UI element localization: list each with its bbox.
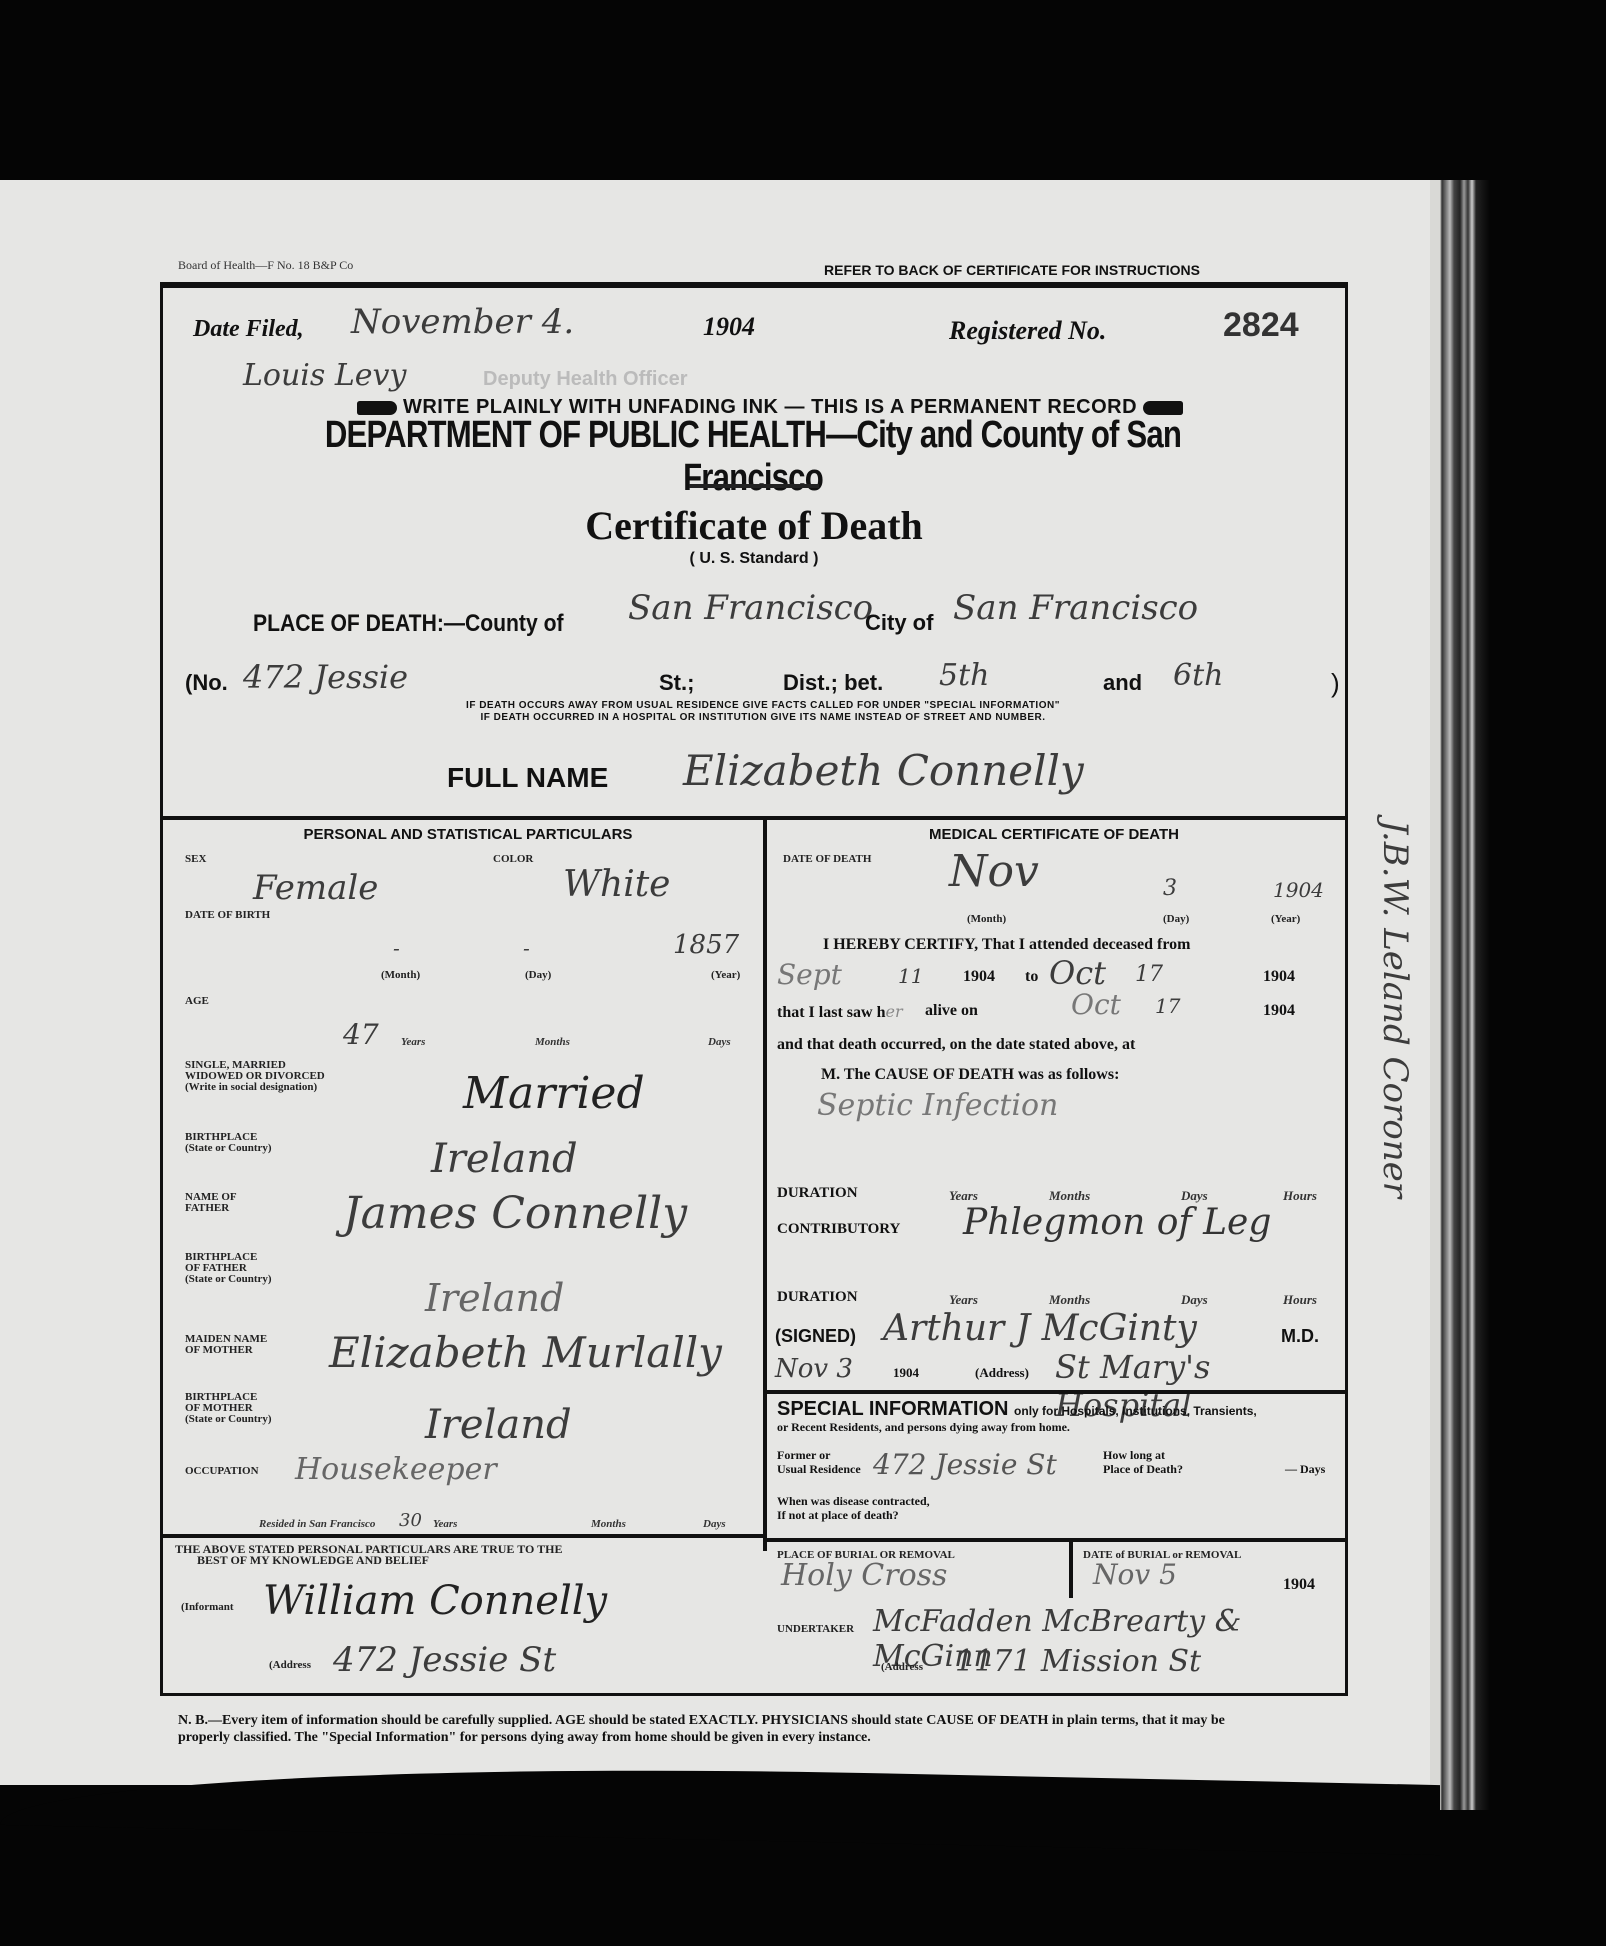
last-saw-month: Oct — [1071, 988, 1121, 1021]
place-of-death-label: PLACE OF DEATH:—County of — [253, 610, 564, 638]
contributory-value: Phlegmon of Leg — [963, 1202, 1271, 1243]
marital-label: SINGLE, MARRIED WIDOWED OR DIVORCED (Wri… — [185, 1060, 325, 1093]
burial-date-value: Nov 5 — [1093, 1558, 1177, 1591]
undertaker-address-label: (Address — [881, 1662, 923, 1673]
informant-name: William Connelly — [263, 1578, 607, 1624]
registered-label: Registered No. — [949, 316, 1106, 346]
attended-to-year: 1904 — [1263, 968, 1295, 986]
duration-days-2: Days — [1181, 1292, 1208, 1308]
column-divider — [763, 816, 767, 1551]
attended-to-month: Oct — [1049, 954, 1106, 992]
duration-years-2: Years — [949, 1292, 978, 1308]
attended-to-day: 17 — [1135, 962, 1163, 987]
how-long-value: — Days — [1285, 1462, 1325, 1476]
title-rule — [689, 484, 819, 488]
death-occurred-text: and that death occurred, on the date sta… — [777, 1036, 1135, 1054]
footnote: N. B.—Every item of information should b… — [178, 1712, 1258, 1746]
duration-label-2: DURATION — [777, 1290, 858, 1304]
informant-address: 472 Jessie St — [333, 1640, 556, 1680]
how-long-days: Days — [1300, 1462, 1325, 1476]
date-filed-value: November 4. — [351, 302, 574, 342]
attended-from-month: Sept — [777, 958, 842, 991]
attended-from-day: 11 — [898, 964, 923, 988]
dod-label: DATE OF DEATH — [783, 854, 871, 865]
county-value: San Francisco — [628, 588, 873, 628]
resided-years: 30 — [399, 1510, 422, 1531]
former-label-line: Former or — [777, 1448, 861, 1462]
dist-label: Dist.; bet. — [783, 670, 883, 696]
hospital-note: IF DEATH OCCURRED IN A HOSPITAL OR INSTI… — [313, 712, 1213, 723]
dob-month: - — [393, 936, 400, 960]
dod-month-caption: (Month) — [967, 914, 1006, 925]
occupation-value: Housekeeper — [295, 1452, 497, 1487]
year-filed: 1904 — [703, 312, 755, 342]
attended-from-year: 1904 — [963, 968, 995, 986]
informant-divider — [163, 1534, 763, 1538]
age-label: AGE — [185, 996, 209, 1007]
resided-days-caption: Days — [703, 1518, 726, 1530]
mother-bp-label-line: (State or Country) — [185, 1414, 272, 1425]
special-title-big: SPECIAL INFORMATION — [777, 1398, 1008, 1420]
certify-text: I HEREBY CERTIFY, That I attended deceas… — [823, 936, 1190, 954]
burial-place-value: Holy Cross — [781, 1558, 947, 1593]
physician-signature: Arthur J McGinty — [883, 1308, 1197, 1349]
dob-label: DATE OF BIRTH — [185, 910, 270, 921]
last-saw-text: that I last saw h — [777, 1004, 885, 1021]
day-caption: (Day) — [525, 970, 551, 981]
days-caption: Days — [708, 1036, 731, 1048]
father-birthplace-label: BIRTHPLACE OF FATHER (State or Country) — [185, 1252, 272, 1285]
how-long-label-line: How long at — [1103, 1448, 1183, 1462]
personal-section-title: PERSONAL AND STATISTICAL PARTICULARS — [183, 826, 753, 843]
paren: ) — [1331, 668, 1340, 699]
burial-column-divider — [1069, 1542, 1073, 1598]
and-label: and — [1103, 670, 1142, 696]
physician-address-label: (Address) — [975, 1366, 1029, 1380]
father-bp-label-line: (State or Country) — [185, 1274, 272, 1285]
registrar-signature: Louis Levy — [243, 358, 406, 393]
instructions-note: REFER TO BACK OF CERTIFICATE FOR INSTRUC… — [824, 262, 1200, 278]
dod-month: Nov — [949, 846, 1039, 897]
former-label-line: Usual Residence — [777, 1462, 861, 1476]
occupation-label: OCCUPATION — [185, 1466, 259, 1477]
marital-status-value: Married — [463, 1068, 645, 1119]
month-caption: (Month) — [381, 970, 420, 981]
resided-months-caption: Months — [591, 1518, 626, 1530]
birthplace-value: Ireland — [431, 1136, 578, 1182]
statement-line: BEST OF MY KNOWLEDGE AND BELIEF — [175, 1555, 562, 1566]
signed-year: 1904 — [893, 1366, 919, 1380]
special-title: SPECIAL INFORMATION only for Hospitals, … — [777, 1398, 1257, 1421]
dod-year-caption: (Year) — [1271, 914, 1300, 925]
undertaker-label: UNDERTAKER — [777, 1624, 854, 1635]
mother-name-value: Elizabeth Murlally — [329, 1328, 722, 1377]
contracted-label-line: If not at place of death? — [777, 1508, 930, 1522]
signed-date: Nov 3 — [775, 1354, 853, 1384]
burial-year: 1904 — [1283, 1578, 1315, 1592]
informant-statement: THE ABOVE STATED PERSONAL PARTICULARS AR… — [175, 1544, 562, 1566]
birthplace-label: BIRTHPLACE (State or Country) — [185, 1132, 272, 1154]
how-long-label-line: Place of Death? — [1103, 1462, 1183, 1476]
resided-years-caption: Years — [433, 1518, 457, 1530]
year-caption: (Year) — [711, 970, 740, 981]
months-caption: Months — [535, 1036, 570, 1048]
registrar-title: Deputy Health Officer — [483, 368, 687, 391]
father-name-value: James Connelly — [343, 1188, 687, 1239]
signed-label: (SIGNED) — [775, 1326, 856, 1347]
st-label: St.; — [659, 670, 694, 696]
special-divider — [763, 1390, 1345, 1394]
marital-label-line: (Write in social designation) — [185, 1082, 325, 1093]
duration-months-2: Months — [1049, 1292, 1090, 1308]
sex-label: SEX — [185, 854, 206, 865]
special-subtitle: or Recent Residents, and persons dying a… — [777, 1420, 1070, 1434]
to-label: to — [1025, 968, 1038, 986]
father-birthplace-value: Ireland — [425, 1276, 564, 1320]
between-street-1: 5th — [939, 658, 989, 693]
full-name-label: FULL NAME — [447, 762, 608, 794]
last-saw-label: that I last saw her — [777, 1002, 903, 1022]
mother-birthplace-value: Ireland — [425, 1402, 572, 1448]
dob-day: - — [523, 936, 530, 960]
how-long-dash: — — [1285, 1462, 1297, 1476]
last-saw-pronoun: er — [885, 1002, 902, 1021]
father-name-label: NAME OF FATHER — [185, 1192, 237, 1214]
certificate-standard: ( U. S. Standard ) — [163, 550, 1345, 568]
coroner-margin-note: J.B.W. Leland Coroner — [1355, 820, 1415, 1260]
contributory-label: CONTRIBUTORY — [777, 1222, 900, 1236]
date-filed-label: Date Filed, — [193, 316, 304, 343]
city-label: City of — [865, 610, 933, 636]
stacked-page-edges — [1430, 180, 1490, 1810]
duration-label: DURATION — [777, 1186, 858, 1200]
undertaker-address: 1171 Mission St — [955, 1644, 1201, 1679]
father-label-line: FATHER — [185, 1203, 237, 1214]
informant-address-label: (Address — [269, 1660, 311, 1671]
dod-day-caption: (Day) — [1163, 914, 1189, 925]
color-label: COLOR — [493, 854, 533, 865]
full-name-value: Elizabeth Connelly — [683, 746, 1084, 795]
alive-on-label: alive on — [925, 1002, 978, 1020]
dob-year: 1857 — [673, 930, 739, 960]
mother-birthplace-label: BIRTHPLACE OF MOTHER (State or Country) — [185, 1392, 272, 1425]
resided-label: Resided in San Francisco — [259, 1518, 375, 1530]
medical-section-title: MEDICAL CERTIFICATE OF DEATH — [769, 826, 1339, 843]
city-value: San Francisco — [953, 588, 1198, 628]
street-value: 472 Jessie — [243, 658, 408, 696]
residence-note: IF DEATH OCCURS AWAY FROM USUAL RESIDENC… — [313, 700, 1213, 711]
birthplace-label-line: (State or Country) — [185, 1143, 272, 1154]
last-saw-day: 17 — [1155, 994, 1180, 1018]
contracted-label: When was disease contracted, If not at p… — [777, 1494, 930, 1522]
color-value: White — [563, 864, 670, 905]
section-divider — [163, 816, 1345, 820]
dod-year: 1904 — [1273, 878, 1324, 902]
last-saw-year: 1904 — [1263, 1002, 1295, 1020]
mother-label-line: OF MOTHER — [185, 1345, 267, 1356]
between-street-2: 6th — [1173, 658, 1223, 693]
former-residence-label: Former or Usual Residence — [777, 1448, 861, 1476]
duration-hours-2: Hours — [1283, 1292, 1317, 1308]
informant-label: (Informant — [181, 1602, 234, 1613]
how-long-label: How long at Place of Death? — [1103, 1448, 1183, 1476]
special-title-small: only for Hospitals, Institutions, Transi… — [1014, 1404, 1257, 1418]
certificate-frame: Date Filed, November 4. 1904 Registered … — [160, 282, 1348, 1696]
contracted-label-line: When was disease contracted, — [777, 1494, 930, 1508]
dod-day: 3 — [1163, 876, 1177, 901]
former-residence-value: 472 Jessie St — [873, 1448, 1057, 1481]
certificate-title: Certificate of Death — [163, 502, 1345, 549]
md-label: M.D. — [1281, 1326, 1319, 1347]
registered-number: 2824 — [1223, 306, 1299, 345]
years-caption: Years — [401, 1036, 425, 1048]
mother-name-label: MAIDEN NAME OF MOTHER — [185, 1334, 267, 1356]
printer-line: Board of Health—F No. 18 B&P Co — [178, 258, 353, 273]
sex-value: Female — [253, 868, 378, 908]
duration-hours: Hours — [1283, 1188, 1317, 1204]
street-number-label: (No. — [185, 670, 228, 696]
burial-divider — [763, 1538, 1345, 1542]
age-years: 47 — [343, 1018, 379, 1051]
cause-heading: M. The CAUSE OF DEATH was as follows: — [821, 1066, 1119, 1084]
cause-value: Septic Infection — [817, 1088, 1058, 1123]
